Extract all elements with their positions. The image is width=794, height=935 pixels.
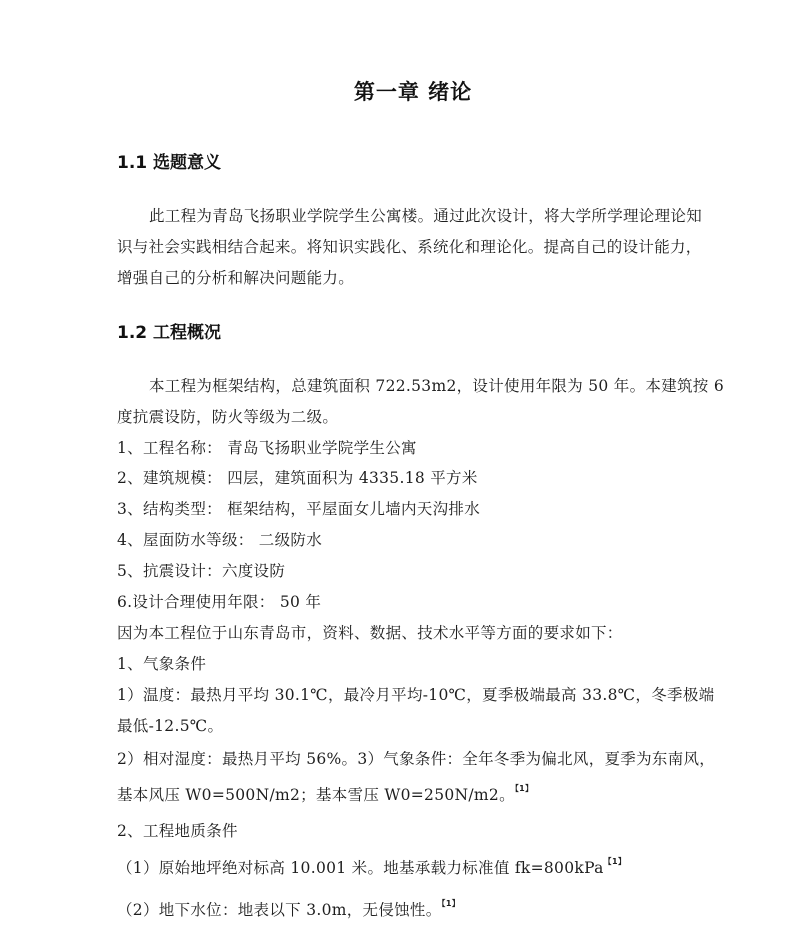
- list-item: 2、建筑规模： 四层，建筑面积为 4335.18 平方米: [117, 466, 478, 488]
- geology-item-2-text: （2）地下水位：地表以下 3.0m，无侵蚀性。: [117, 901, 442, 919]
- pressure-line: 基本风压 W0=500N/m2；基本雪压 W0=250N/m2。【1】: [117, 783, 533, 805]
- paragraph-line: 本工程为框架结构，总建筑面积 722.53m2，设计使用年限为 50 年。本建筑…: [149, 374, 724, 396]
- climate-heading: 1、气象条件: [117, 652, 206, 674]
- chapter-title: 第一章 绪论: [0, 76, 794, 106]
- temperature-line: 最低-12.5℃。: [117, 714, 223, 736]
- geology-item-1-text: （1）原始地坪绝对标高 10.001 米。地基承载力标准值 fk=800kPa: [117, 859, 604, 877]
- paragraph-line: 度抗震设防，防火等级为二级。: [117, 405, 338, 427]
- paragraph-line: 增强自己的分析和解决问题能力。: [117, 266, 354, 288]
- requirements-intro: 因为本工程位于山东青岛市，资料、数据、技术水平等方面的要求如下：: [117, 621, 623, 643]
- paragraph-line: 识与社会实践相结合起来。将知识实践化、系统化和理论化。提高自己的设计能力，: [117, 235, 702, 257]
- geology-item-1: （1）原始地坪绝对标高 10.001 米。地基承载力标准值 fk=800kPa【…: [117, 856, 626, 878]
- citation-ref: 【1】: [515, 784, 533, 793]
- citation-ref: 【1】: [604, 857, 626, 866]
- humidity-line: 2）相对湿度：最热月平均 56%。3）气象条件：全年冬季为偏北风，夏季为东南风，: [117, 747, 715, 769]
- geology-item-2: （2）地下水位：地表以下 3.0m，无侵蚀性。【1】: [117, 898, 460, 920]
- temperature-line: 1）温度：最热月平均 30.1℃，最冷月平均-10℃，夏季极端最高 33.8℃，…: [117, 683, 714, 705]
- section-heading-1-1: 1.1 选题意义: [117, 148, 221, 173]
- section-heading-1-2: 1.2 工程概况: [117, 318, 221, 343]
- list-item: 1、工程名称： 青岛飞扬职业学院学生公寓: [117, 436, 417, 458]
- list-item: 3、结构类型： 框架结构，平屋面女儿墙内天沟排水: [117, 497, 480, 519]
- list-item: 4、屋面防水等级： 二级防水: [117, 528, 322, 550]
- geology-heading: 2、工程地质条件: [117, 819, 238, 841]
- list-item: 6.设计合理使用年限： 50 年: [117, 590, 321, 612]
- pressure-text: 基本风压 W0=500N/m2；基本雪压 W0=250N/m2。: [117, 786, 515, 804]
- citation-ref: 【1】: [442, 899, 460, 908]
- paragraph-line: 此工程为青岛飞扬职业学院学生公寓楼。通过此次设计，将大学所学理论理论知: [149, 204, 702, 226]
- list-item: 5、抗震设计：六度设防: [117, 559, 285, 581]
- document-page: 第一章 绪论 1.1 选题意义 此工程为青岛飞扬职业学院学生公寓楼。通过此次设计…: [0, 0, 794, 935]
